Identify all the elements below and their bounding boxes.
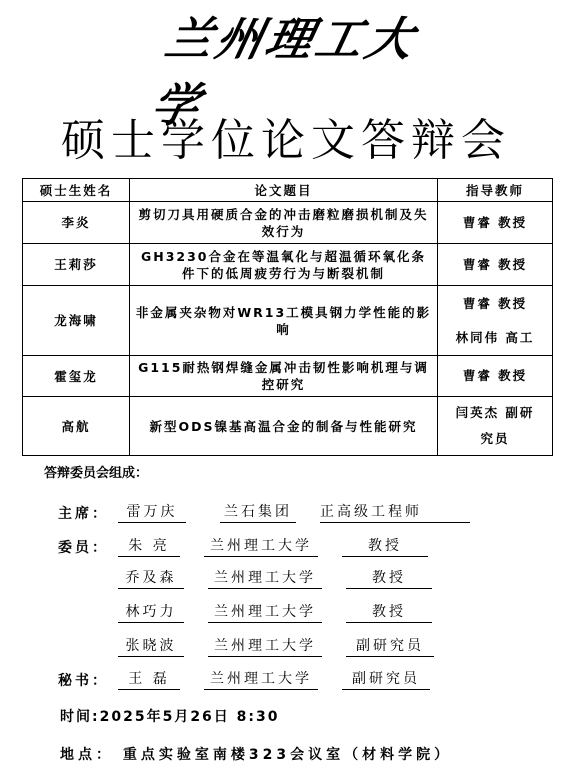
member-name: 林巧力: [118, 601, 184, 623]
table-row: 王莉莎 GH3230合金在等温氧化与超温循环氧化条件下的低周疲劳行为与断裂机制 …: [23, 244, 553, 286]
student-name: 李炎: [23, 202, 130, 244]
member-org: 兰州理工大学: [208, 635, 322, 657]
advisor: 曹睿 教授: [438, 244, 553, 286]
university-logo: 兰州理工大学: [160, 38, 420, 100]
location-value: 重点实验室南楼323会议室（材料学院）: [123, 747, 452, 763]
advisor: 曹睿 教授: [438, 356, 553, 397]
chair-title: 正高级工程师: [320, 501, 470, 523]
table-row: 龙海啸 非金属夹杂物对WR13工模具钢力学性能的影响 曹睿 教授 林同伟 高工: [23, 286, 553, 356]
advisor: 曹睿 教授 林同伟 高工: [438, 286, 553, 356]
member-org: 兰州理工大学: [208, 601, 322, 623]
committee-member-row: 张晓波 兰州理工大学 副研究员: [58, 637, 434, 657]
table-row: 李炎 剪切刀具用硬质合金的冲击磨粒磨损机制及失效行为 曹睿 教授: [23, 202, 553, 244]
member-title: 教授: [346, 567, 432, 589]
advisor: 曹睿 教授: [438, 202, 553, 244]
chair-org: 兰石集团: [220, 501, 296, 523]
time-label: 时间:: [60, 709, 100, 725]
committee-chair-row: 主席： 雷万庆 兰石集团 正高级工程师: [58, 503, 470, 523]
committee-member-row: 委员： 朱 亮 兰州理工大学 教授: [58, 537, 428, 557]
member-name: 乔及森: [118, 567, 184, 589]
student-name: 龙海啸: [23, 286, 130, 356]
location-label: 地点：: [60, 747, 114, 763]
member-name: 张晓波: [118, 635, 184, 657]
advisor-line: 曹睿 教授: [442, 248, 548, 282]
member-name: 朱 亮: [118, 535, 180, 557]
advisor-line: 究员: [442, 426, 548, 452]
thesis-title: 非金属夹杂物对WR13工模具钢力学性能的影响: [130, 286, 438, 356]
table-row: 霍玺龙 G115耐热钢焊缝金属冲击韧性影响机理与调控研究 曹睿 教授: [23, 356, 553, 397]
defense-location: 地点： 重点实验室南楼323会议室（材料学院）: [60, 744, 452, 764]
student-name: 霍玺龙: [23, 356, 130, 397]
page-title: 硕士学位论文答辩会: [0, 112, 572, 170]
member-title: 教授: [346, 601, 432, 623]
advisor-line: 曹睿 教授: [442, 206, 548, 240]
defense-schedule-table: 硕士生姓名 论文题目 指导教师 李炎 剪切刀具用硬质合金的冲击磨粒磨损机制及失效…: [22, 178, 553, 456]
student-name: 王莉莎: [23, 244, 130, 286]
secretary-org: 兰州理工大学: [204, 668, 318, 690]
committee-heading: 答辩委员会组成：: [44, 462, 148, 481]
secretary-name: 王 磊: [118, 668, 180, 690]
member-title: 教授: [342, 535, 428, 557]
time-value: 2025年5月26日 8:30: [100, 709, 280, 725]
advisor-line: 曹睿 教授: [442, 287, 548, 321]
secretary-title: 副研究员: [342, 668, 430, 690]
committee-member-row: 乔及森 兰州理工大学 教授: [58, 569, 432, 589]
table-row: 高航 新型ODS镍基高温合金的制备与性能研究 闫英杰 副研 究员: [23, 397, 553, 456]
header-student-name: 硕士生姓名: [23, 179, 130, 202]
advisor: 闫英杰 副研 究员: [438, 397, 553, 456]
defense-time: 时间:2025年5月26日 8:30: [60, 706, 280, 726]
header-thesis-title: 论文题目: [130, 179, 438, 202]
member-org: 兰州理工大学: [208, 567, 322, 589]
thesis-title: 剪切刀具用硬质合金的冲击磨粒磨损机制及失效行为: [130, 202, 438, 244]
chair-label: 主席：: [58, 503, 118, 523]
header-advisor: 指导教师: [438, 179, 553, 202]
member-title: 副研究员: [346, 635, 434, 657]
committee-member-row: 林巧力 兰州理工大学 教授: [58, 603, 432, 623]
thesis-title: 新型ODS镍基高温合金的制备与性能研究: [130, 397, 438, 456]
thesis-title: G115耐热钢焊缝金属冲击韧性影响机理与调控研究: [130, 356, 438, 397]
advisor-line: 曹睿 教授: [442, 359, 548, 393]
secretary-label: 秘书：: [58, 670, 118, 690]
advisor-line: 林同伟 高工: [442, 321, 548, 355]
advisor-line: 闫英杰 副研: [442, 400, 548, 426]
table-header-row: 硕士生姓名 论文题目 指导教师: [23, 179, 553, 202]
committee-secretary-row: 秘书： 王 磊 兰州理工大学 副研究员: [58, 670, 430, 690]
thesis-title: GH3230合金在等温氧化与超温循环氧化条件下的低周疲劳行为与断裂机制: [130, 244, 438, 286]
chair-name: 雷万庆: [118, 501, 186, 523]
member-org: 兰州理工大学: [204, 535, 318, 557]
student-name: 高航: [23, 397, 130, 456]
member-label: 委员：: [58, 537, 118, 557]
